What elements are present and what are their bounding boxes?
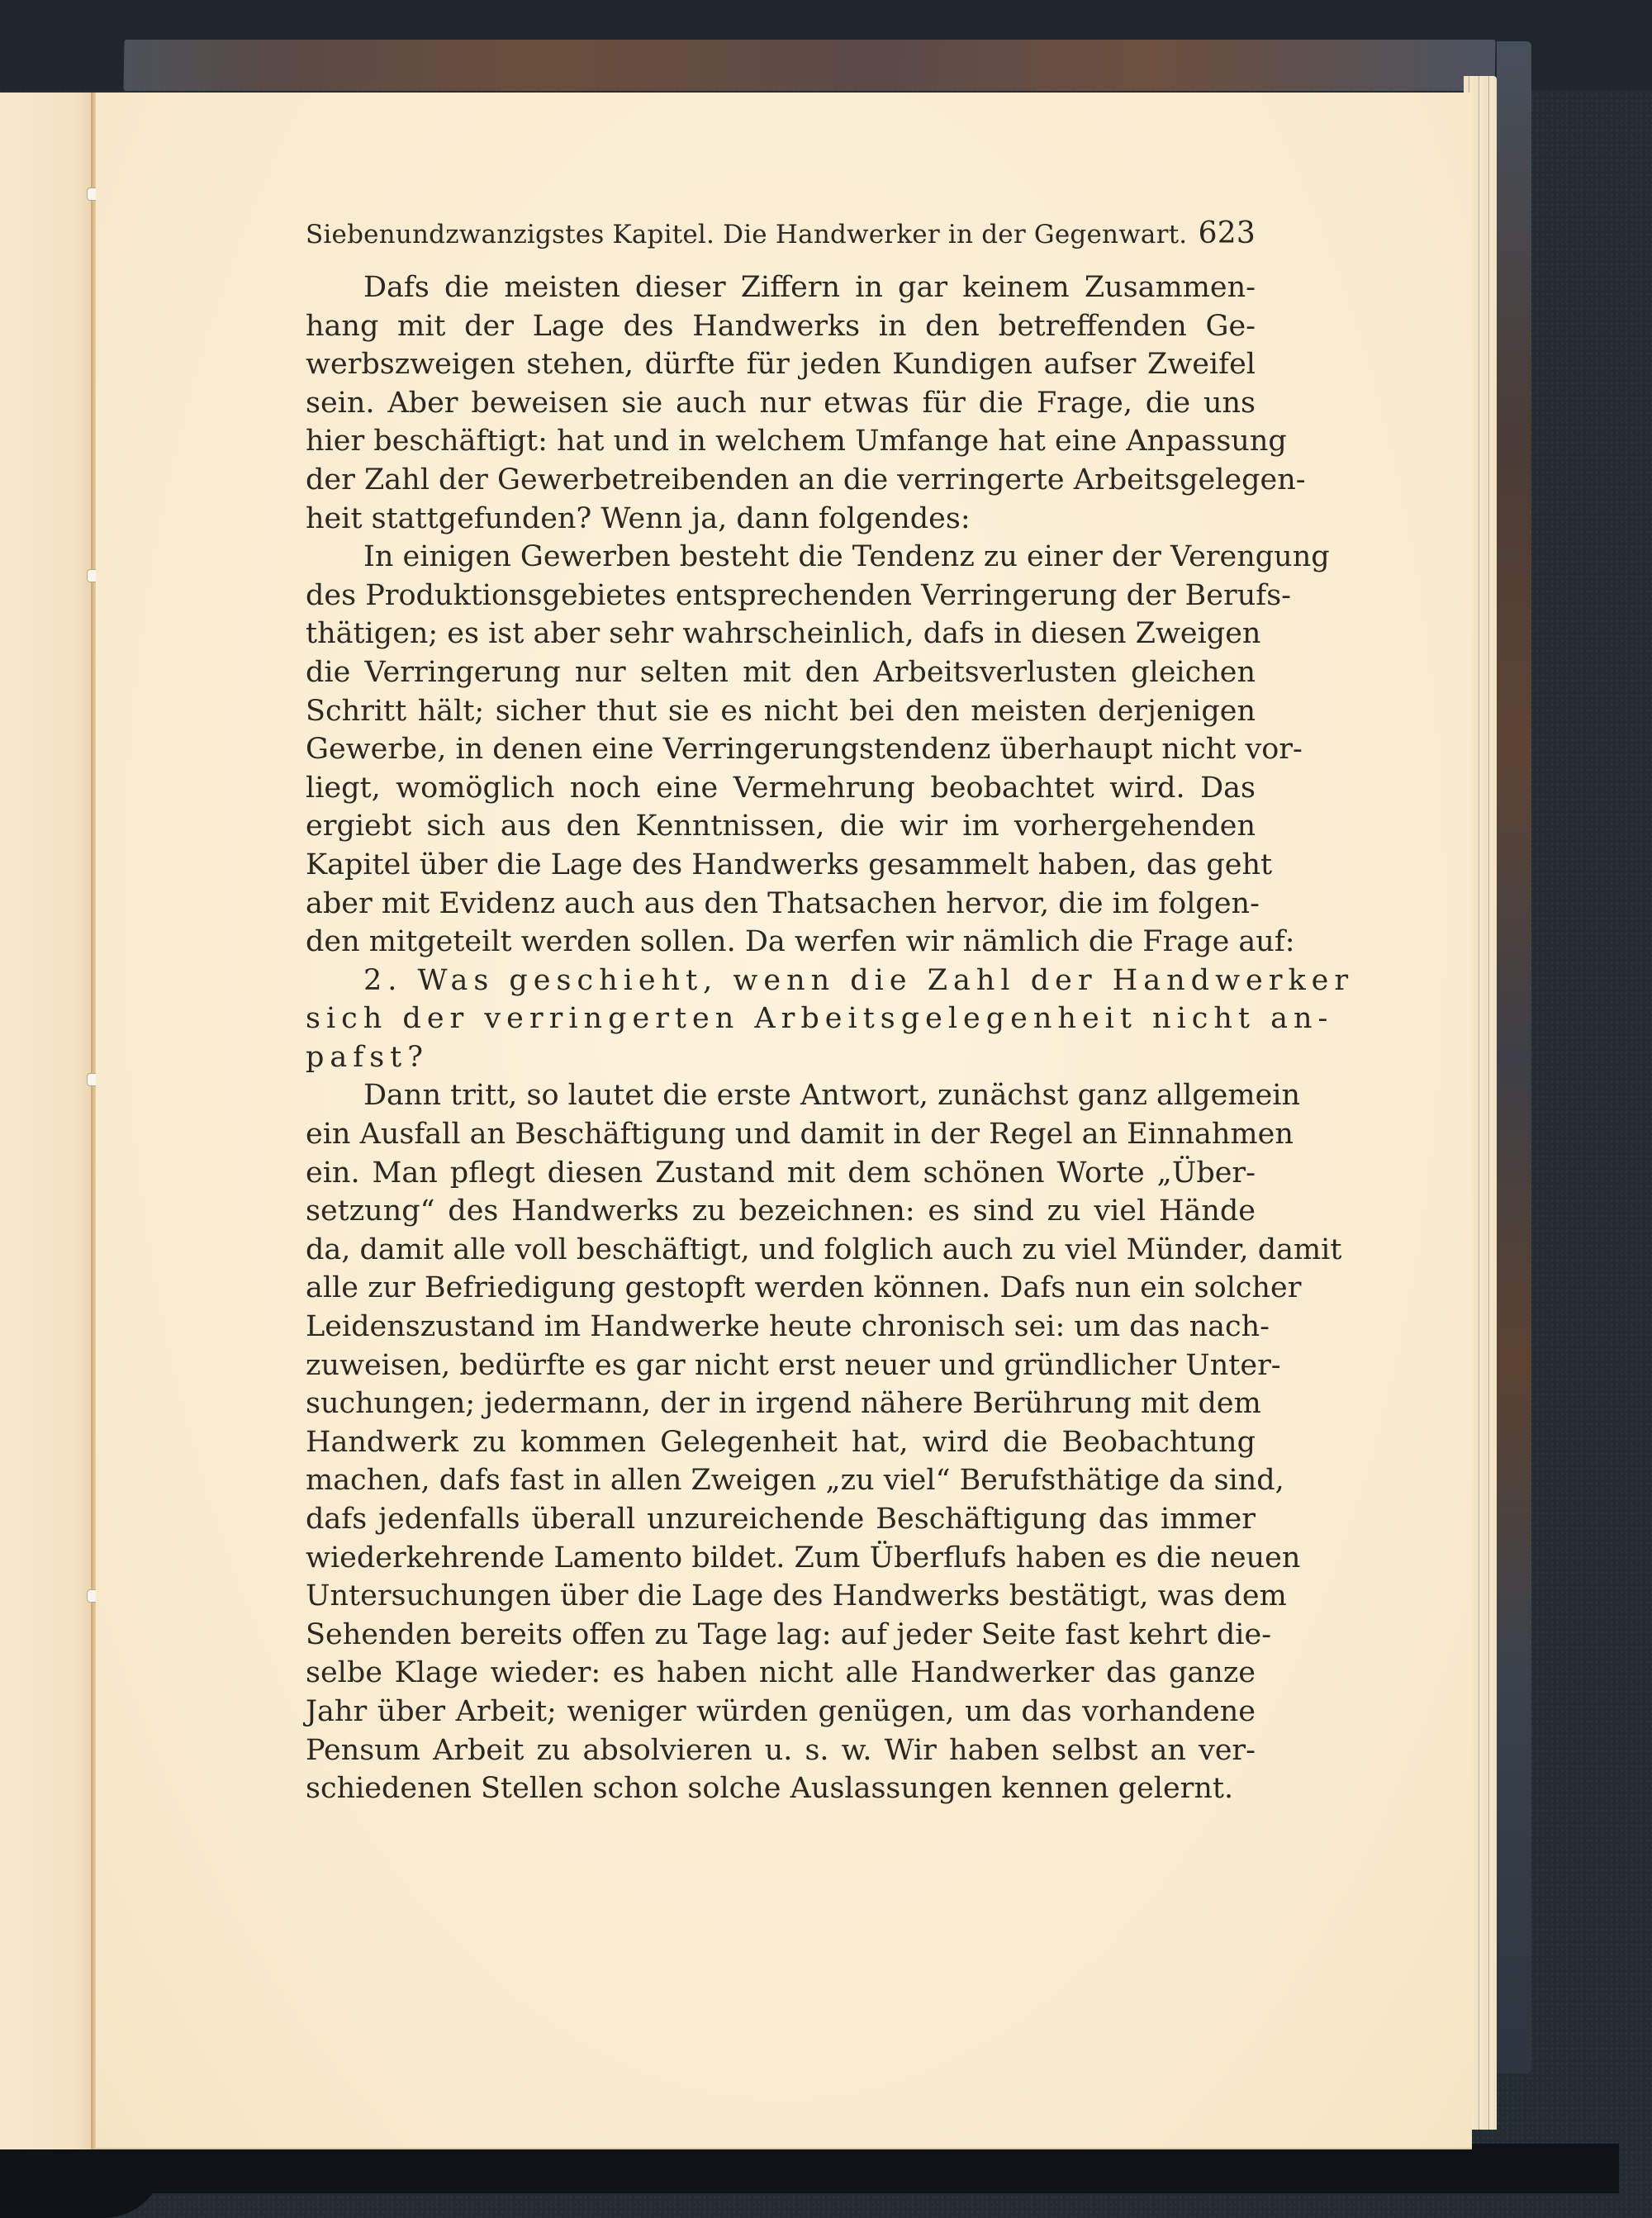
text-line: sich der verringerten Arbeitsgelegenheit… [306, 1000, 1256, 1038]
text-line: Sehenden bereits offen zu Tage lag: auf … [306, 1616, 1256, 1655]
paragraph-3: Dann tritt, so lautet die erste Antwort,… [306, 1076, 1256, 1807]
text-line: ergiebt sich aus den Kenntnissen, die wi… [306, 807, 1256, 846]
text-line: Dann tritt, so lautet die erste Antwort,… [306, 1076, 1256, 1115]
text-line: ein. Man pflegt diesen Zustand mit dem s… [306, 1154, 1256, 1193]
text-line: Gewerbe, in denen eine Verringerungstend… [306, 730, 1256, 769]
text-line: des Produktionsgebietes entsprechenden V… [306, 577, 1256, 615]
book-cover-curve [0, 2156, 165, 2218]
text-line: werbszweigen stehen, dürfte für jeden Ku… [306, 345, 1256, 384]
text-line: ein Ausfall an Beschäftigung und damit i… [306, 1115, 1256, 1154]
book-cover-bottom [0, 2144, 1619, 2193]
text-line: Pensum Arbeit zu absolvieren u. s. w. Wi… [306, 1731, 1256, 1770]
text-line: 2. Was geschieht, wenn die Zahl der Hand… [306, 962, 1256, 1000]
text-line: machen, dafs fast in allen Zweigen „zu v… [306, 1461, 1256, 1500]
text-line: Schritt hält; sicher thut sie es nicht b… [306, 692, 1256, 731]
page-number: 623 [1199, 216, 1256, 250]
text-line: alle zur Befriedigung gestopft werden kö… [306, 1269, 1256, 1308]
text-line: hang mit der Lage des Handwerks in den b… [306, 307, 1256, 346]
text-line: der Zahl der Gewerbetreibenden an die ve… [306, 461, 1256, 500]
paragraph-2: In einigen Gewerben besteht die Tendenz … [306, 538, 1256, 962]
text-line: Untersuchungen über die Lage des Handwer… [306, 1577, 1256, 1616]
text-line: Kapitel über die Lage des Handwerks gesa… [306, 846, 1256, 885]
text-line: Handwerk zu kommen Gelegenheit hat, wird… [306, 1423, 1256, 1462]
paragraph-1: Dafs die meisten dieser Ziffern in gar k… [306, 268, 1256, 538]
text-line: schiedenen Stellen schon solche Auslassu… [306, 1769, 1256, 1808]
text-line: Dafs die meisten dieser Ziffern in gar k… [306, 268, 1256, 307]
text-line: Leidenszustand im Handwerke heute chroni… [306, 1308, 1256, 1346]
text-line: hier beschäftigt: hat und in welchem Umf… [306, 422, 1256, 461]
text-line: setzung“ des Handwerks zu bezeichnen: es… [306, 1192, 1256, 1231]
text-line: heit stattgefunden? Wenn ja, dann folgen… [306, 500, 1256, 539]
running-head: Siebenundzwanzigstes Kapitel. Die Handwe… [306, 216, 1256, 250]
text-line: suchungen; jedermann, der in irgend nähe… [306, 1384, 1256, 1423]
running-head-title: Siebenundzwanzigstes Kapitel. Die Handwe… [306, 220, 1187, 249]
text-line: zuweisen, bedürfte es gar nicht erst neu… [306, 1346, 1256, 1385]
text-line: pafst? [306, 1038, 1256, 1077]
page-content: Siebenundzwanzigstes Kapitel. Die Handwe… [306, 216, 1256, 1808]
text-line: sein. Aber beweisen sie auch nur etwas f… [306, 384, 1256, 423]
book-headband [123, 40, 1495, 91]
facing-page-edge [0, 93, 93, 2149]
text-line: die Verringerung nur selten mit den Arbe… [306, 653, 1256, 692]
text-line: In einigen Gewerben besteht die Tendenz … [306, 538, 1256, 577]
text-line: dafs jedenfalls überall unzureichende Be… [306, 1500, 1256, 1539]
text-line: den mitgeteilt werden sollen. Da werfen … [306, 923, 1256, 962]
text-line: aber mit Evidenz auch aus den Thatsachen… [306, 885, 1256, 924]
text-line: selbe Klage wieder: es haben nicht alle … [306, 1654, 1256, 1693]
body-text: Dafs die meisten dieser Ziffern in gar k… [306, 268, 1256, 1808]
text-line: thätigen; es ist aber sehr wahrscheinlic… [306, 615, 1256, 653]
text-line: wiederkehrende Lamento bildet. Zum Überf… [306, 1539, 1256, 1578]
text-line: Jahr über Arbeit; weniger würden genügen… [306, 1693, 1256, 1731]
text-line: liegt, womöglich noch eine Vermehrung be… [306, 769, 1256, 808]
text-line: da, damit alle voll beschäftigt, und fol… [306, 1231, 1256, 1270]
book-cover-edge [1497, 41, 1531, 2073]
section-heading: 2. Was geschieht, wenn die Zahl der Hand… [306, 962, 1256, 1077]
